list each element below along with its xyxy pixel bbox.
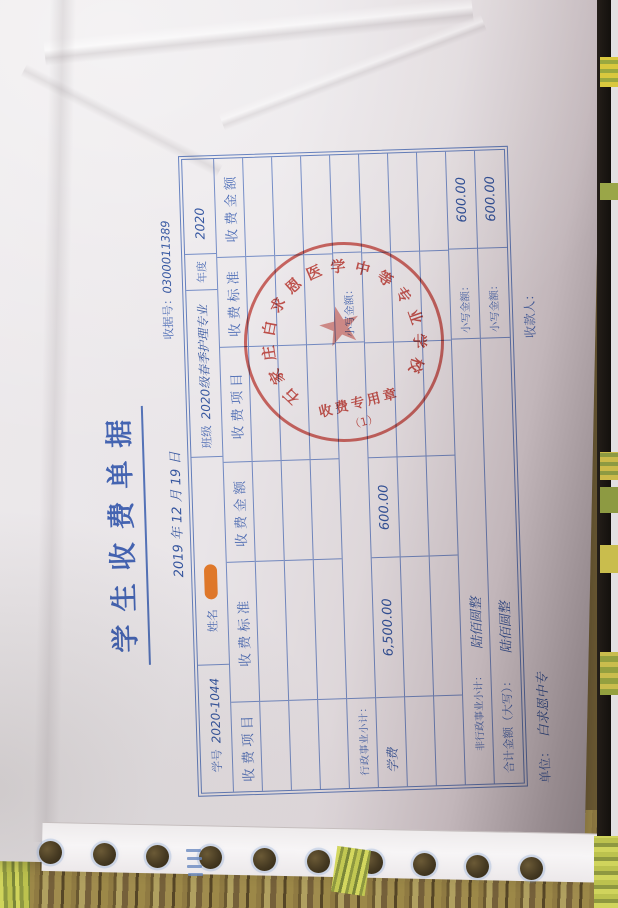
name-label: 姓名 xyxy=(204,609,221,632)
receipt-document: 学生收费单据 2019 年 12 月 19 日 收据号：0300011389 学… xyxy=(74,126,555,820)
unit-value: 白求恩中专 xyxy=(535,672,552,737)
binding-hole xyxy=(253,848,276,871)
total-label: 合计金额（大写）： xyxy=(498,675,517,783)
year-label: 年度 xyxy=(185,253,217,290)
straw-fragment xyxy=(600,487,618,513)
straw-fragment xyxy=(600,183,618,200)
payee-label: 收款人： xyxy=(519,288,539,339)
unit-line: 单位：白求恩中专 xyxy=(531,672,553,783)
unit-label: 单位： xyxy=(537,745,553,783)
total-value: 600.00 xyxy=(475,150,507,249)
print-mark xyxy=(187,865,202,868)
student-no-label: 学号 xyxy=(208,749,225,772)
binding-hole xyxy=(199,846,222,869)
class-label: 班级 xyxy=(198,425,215,448)
binding-hole xyxy=(93,843,116,866)
receipt-date: 2019 年 12 月 19 日 xyxy=(164,451,187,577)
fee-standard: 6,500.00 xyxy=(372,556,404,697)
receipt-number-line: 收据号：0300011389 xyxy=(157,220,177,340)
print-mark xyxy=(188,873,203,876)
header-item: 收费项目 xyxy=(231,701,262,792)
binding-hole xyxy=(413,853,436,876)
class-cell: 班级 2020级春季护理专业 xyxy=(186,289,222,457)
student-no-value: 2020-1044 xyxy=(207,678,223,744)
straw-fragment xyxy=(594,836,618,908)
straw-fragment xyxy=(600,652,618,695)
small-amount-label: 小写金额： xyxy=(478,248,510,339)
nonadmin-subtotal-label: 非行政事业小计： xyxy=(469,671,488,784)
fee-item: 学费 xyxy=(376,696,407,787)
total-words: 陆佰圆整 xyxy=(494,601,515,654)
straw-fragment xyxy=(600,452,618,480)
receipt-number-value: 0300011389 xyxy=(158,220,174,294)
header-amount: 收费金额 xyxy=(224,461,255,562)
binding-hole xyxy=(146,845,169,868)
header-standard: 收费标准 xyxy=(227,561,259,702)
straw-fragment xyxy=(600,57,618,87)
straw-fragment xyxy=(600,545,618,573)
receipt-title: 学生收费单据 xyxy=(97,406,151,666)
class-value: 2020级春季护理专业 xyxy=(194,305,215,420)
binding-hole xyxy=(520,857,543,880)
student-no-cell: 学号 2020-1044 xyxy=(198,664,233,793)
straw-fragment xyxy=(331,846,371,896)
paper-crease xyxy=(33,0,77,842)
nonadmin-words: 陆佰圆整 xyxy=(464,597,485,650)
print-mark xyxy=(186,849,201,852)
admin-subtotal-label: 行政事业小计： xyxy=(347,697,378,788)
fee-amount: 600.00 xyxy=(369,456,400,557)
header-amount: 收费金额 xyxy=(214,158,245,257)
nonadmin-subtotal-value: 600.00 xyxy=(446,151,477,250)
binding-hole xyxy=(39,841,62,864)
binding-hole xyxy=(466,855,489,878)
print-mark xyxy=(187,857,202,860)
small-amount-label: 小写金额： xyxy=(449,249,480,340)
year-value: 2020 xyxy=(182,159,216,254)
binding-hole xyxy=(307,850,330,873)
name-redaction xyxy=(204,564,218,599)
receipt-number-label: 收据号： xyxy=(160,293,175,339)
photo-of-receipt: 学生收费单据 2019 年 12 月 19 日 收据号：0300011389 学… xyxy=(0,0,618,908)
name-cell: 姓名 xyxy=(191,456,229,665)
